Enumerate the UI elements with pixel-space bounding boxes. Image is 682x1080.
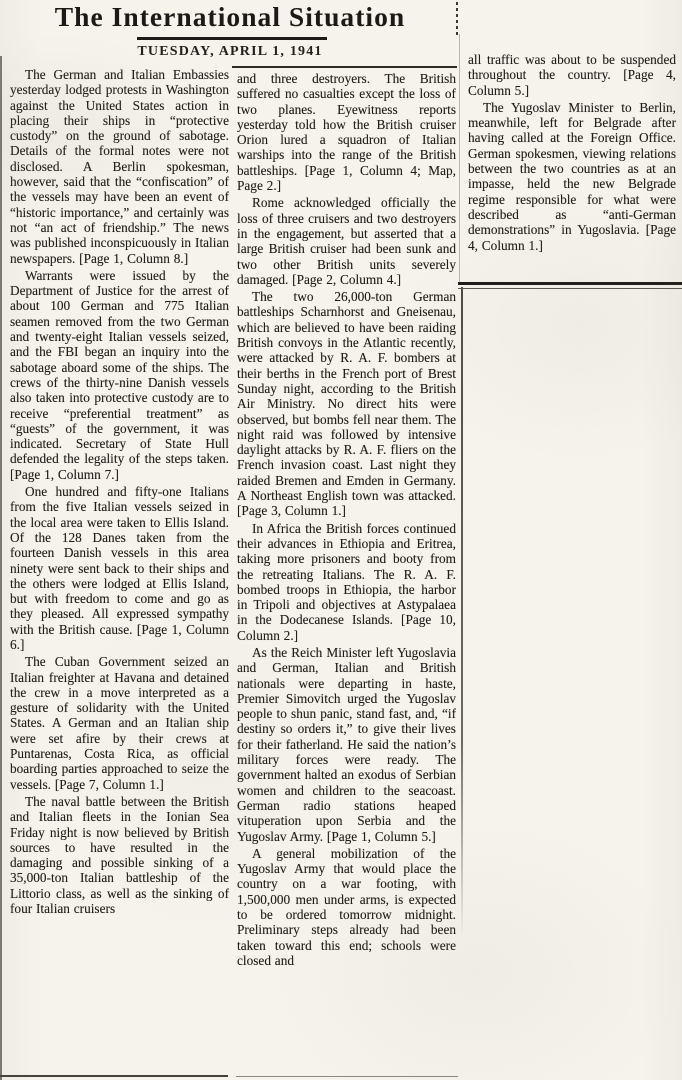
paragraph: The Yugoslav Minister to Berlin, meanwhi… xyxy=(468,100,676,253)
paragraph: One hundred and fifty-one Italians from … xyxy=(10,484,229,652)
paragraph: Rome acknowledged officially the loss of… xyxy=(237,195,456,287)
column-3-end-rule-thick xyxy=(458,282,682,285)
dateline-rule xyxy=(232,66,457,68)
column-2-bottom-rule xyxy=(236,1076,458,1077)
dateline: TUESDAY, APRIL 1, 1941 xyxy=(0,44,460,60)
column-3-top-edge-dash xyxy=(456,2,458,36)
paragraph: and three destroyers. The British suffer… xyxy=(237,71,456,193)
column-3-left-edge-faint xyxy=(459,34,460,284)
column-3: all traffic was about to be suspended th… xyxy=(468,52,676,287)
column-3-end-rule-thin xyxy=(458,288,682,289)
clipping-left-edge xyxy=(0,56,2,1080)
title-underline xyxy=(137,37,327,40)
column-1: The German and Italian Embassies yesterd… xyxy=(10,67,229,1076)
newspaper-clipping: The International Situation TUESDAY, APR… xyxy=(0,0,682,1080)
paragraph: In Africa the British forces continued t… xyxy=(237,521,456,643)
column-2: and three destroyers. The British suffer… xyxy=(237,71,456,1076)
article-title: The International Situation xyxy=(0,2,465,33)
paragraph: The Cuban Government seized an Italian f… xyxy=(10,654,229,792)
paragraph: The two 26,000-ton German battleships Sc… xyxy=(237,289,456,518)
column-1-bottom-rule xyxy=(0,1075,228,1077)
paragraph: Warrants were issued by the Department o… xyxy=(10,268,229,482)
paragraph: The German and Italian Embassies yesterd… xyxy=(10,67,229,266)
paragraph: A general mobilization of the Yugoslav A… xyxy=(237,846,456,968)
paragraph: The naval battle between the British and… xyxy=(10,794,229,916)
paragraph: As the Reich Minister left Yugoslavia an… xyxy=(237,645,456,844)
column-3-left-edge xyxy=(461,287,463,937)
paragraph: all traffic was about to be suspended th… xyxy=(468,52,676,98)
